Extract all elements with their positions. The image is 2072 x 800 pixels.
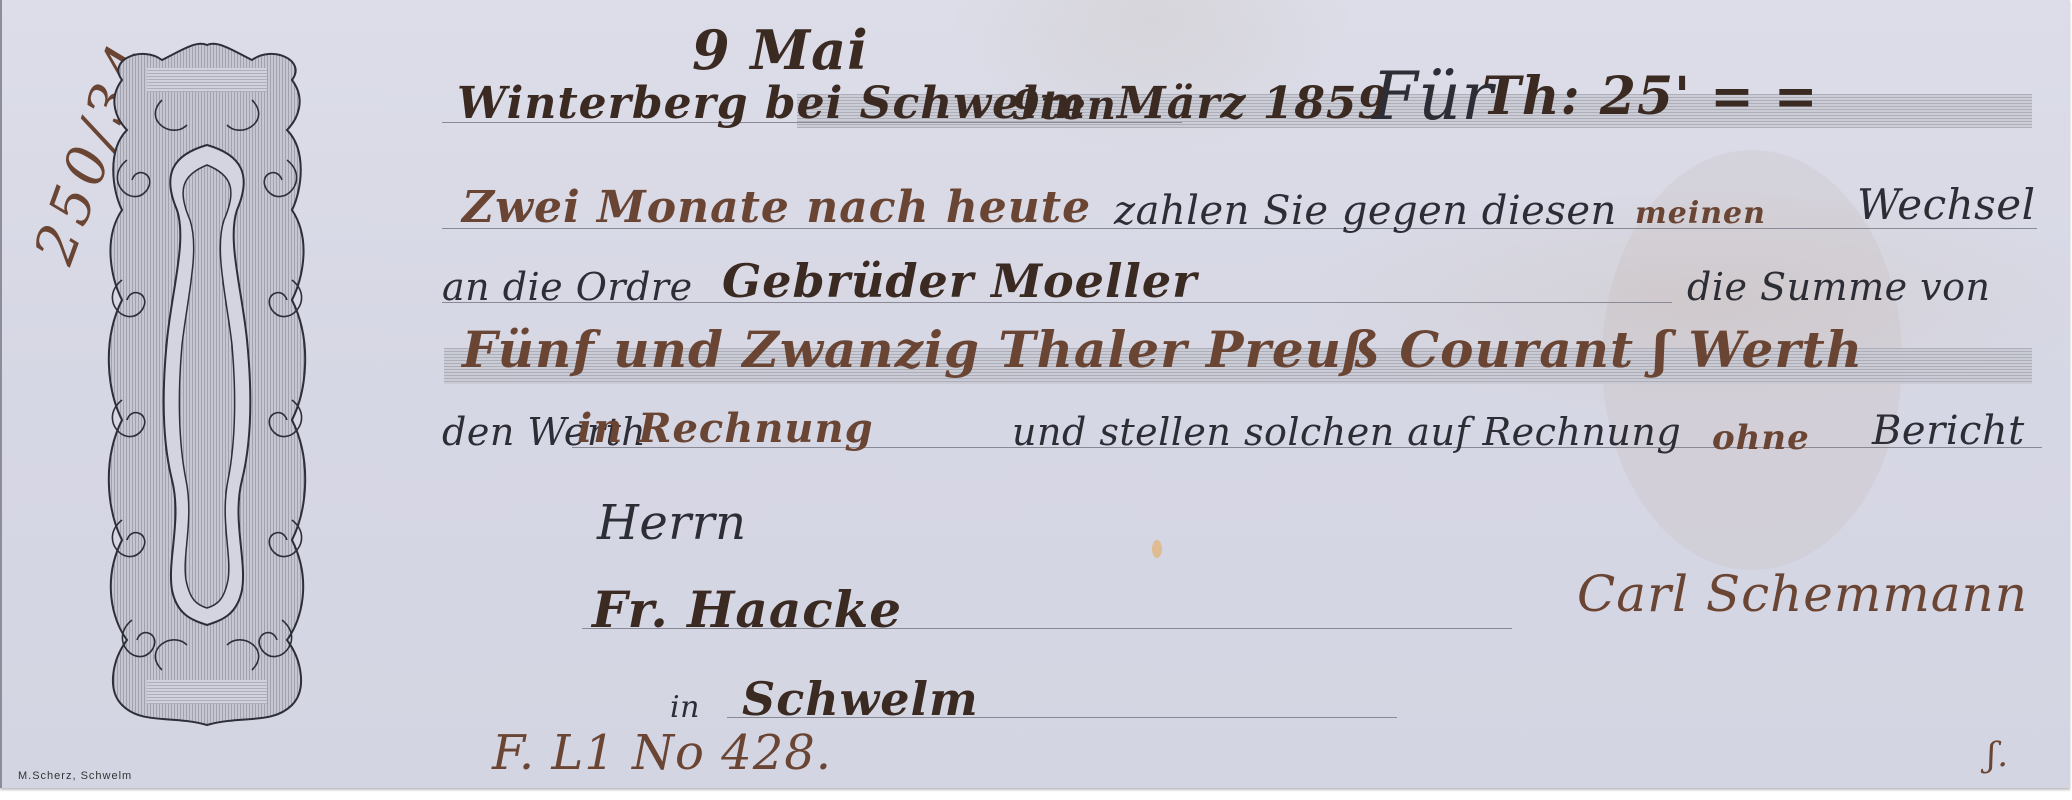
amount: Th: 25' = = — [1482, 66, 1818, 127]
sum-in-words: Fünf und Zwanzig Thaler Preuß Courant ʃ … — [462, 320, 1863, 379]
bill-of-exchange: 250/34 — [0, 0, 2070, 788]
date-day: 9ten — [1012, 82, 1117, 129]
label-ordre: an die Ordre — [442, 265, 693, 309]
drawee-city: Schwelm — [742, 672, 979, 726]
label-herrn: Herrn — [597, 495, 747, 551]
place: Winterberg bei Schwelm — [457, 78, 1086, 129]
corner-mark: ʃ. — [1987, 735, 2009, 775]
due-note: 9 Mai — [692, 18, 869, 82]
reference-number: F. L1 No 428. — [492, 725, 832, 781]
label-zahlen: zahlen Sie gegen diesen — [1114, 188, 1617, 234]
drawee-name: Fr. Haacke — [592, 580, 902, 639]
drawer-signature: Carl Schemmann — [1577, 565, 2028, 623]
date-month-year: März 1859 — [1117, 78, 1389, 129]
printer-imprint: M.Scherz, Schwelm — [18, 770, 132, 782]
paper-stain — [1152, 540, 1162, 558]
advice-handwritten: ohne — [1712, 418, 1810, 458]
label-bericht: Bericht — [1872, 408, 2025, 454]
label-in: in — [670, 690, 700, 725]
term-handwritten: Zwei Monate nach heute — [462, 182, 1091, 233]
value-handwritten: in Rechnung — [577, 405, 874, 452]
label-summe: die Summe von — [1687, 265, 1991, 309]
payee: Gebrüder Moeller — [722, 254, 1197, 308]
label-stellen: und stellen solchen auf Rechnung — [1012, 410, 1681, 454]
ornament-vignette-icon — [102, 40, 312, 730]
label-fuer: Für — [1372, 58, 1493, 135]
possessive-handwritten: meinen — [1635, 196, 1766, 231]
label-wechsel: Wechsel — [1857, 180, 2036, 229]
